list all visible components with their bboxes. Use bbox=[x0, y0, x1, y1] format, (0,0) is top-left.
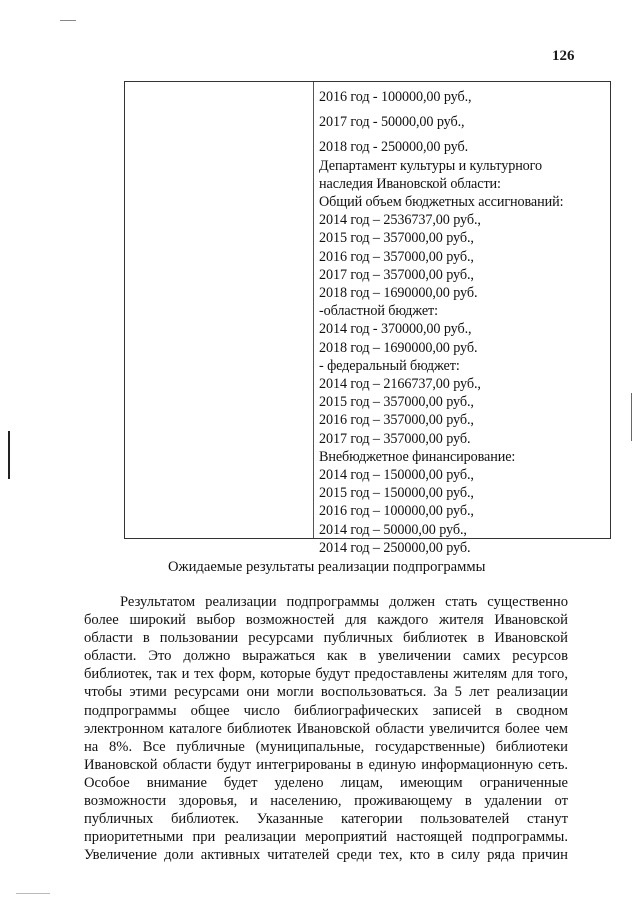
funding-details-cell: 2016 год - 100000,00 руб., 2017 год - 50… bbox=[319, 88, 606, 557]
total-budget-label: Общий объем бюджетных ассигнований: bbox=[319, 193, 606, 211]
funding-line: 2017 год – 357000,00 руб., bbox=[319, 266, 606, 284]
funding-line: 2017 год – 357000,00 руб. bbox=[319, 430, 606, 448]
funding-line: 2016 год – 357000,00 руб., bbox=[319, 248, 606, 266]
federal-budget-label: - федеральный бюджет: bbox=[319, 357, 606, 375]
funding-line: 2014 год – 2536737,00 руб., bbox=[319, 211, 606, 229]
funding-line: 2016 год – 357000,00 руб., bbox=[319, 411, 606, 429]
page-number: 126 bbox=[552, 48, 575, 65]
department-heading: Департамент культуры и культурного bbox=[319, 157, 606, 175]
paragraph-line: возможности здоровья, и населению, прожи… bbox=[84, 792, 568, 810]
paragraph-line: библиотек, так и тех форм, которые будут… bbox=[84, 665, 568, 683]
funding-line: 2014 год – 2166737,00 руб., bbox=[319, 375, 606, 393]
scan-artifact-left-margin bbox=[8, 431, 10, 479]
paragraph-line: Особое внимание будет уделено лицам, име… bbox=[84, 774, 568, 792]
paragraph-line: чтобы этими ресурсами они могли воспольз… bbox=[84, 683, 568, 701]
funding-line: 2014 год - 370000,00 руб., bbox=[319, 320, 606, 338]
funding-line: 2014 год – 250000,00 руб. bbox=[319, 539, 606, 557]
scan-artifact-top-left bbox=[60, 20, 76, 21]
paragraph-line: публичных библиотек. Указанные категории… bbox=[84, 810, 568, 828]
paragraph-line: подпрограммы общее число библиографическ… bbox=[84, 702, 568, 720]
funding-line: 2014 год – 150000,00 руб., bbox=[319, 466, 606, 484]
paragraph-line: Результатом реализации подпрограммы долж… bbox=[84, 593, 568, 611]
paragraph-line: области в пользовании ресурсами публичны… bbox=[84, 629, 568, 647]
funding-line: 2014 год – 50000,00 руб., bbox=[319, 521, 606, 539]
scan-artifact-right-margin bbox=[631, 393, 632, 441]
funding-line: 2018 год – 1690000,00 руб. bbox=[319, 284, 606, 302]
paragraph-line: приоритетными при реализации мероприятий… bbox=[84, 828, 568, 846]
funding-line: 2015 год – 357000,00 руб., bbox=[319, 229, 606, 247]
funding-line: 2016 год – 100000,00 руб., bbox=[319, 502, 606, 520]
paragraph-line: Увеличение доли активных читателей среди… bbox=[84, 846, 568, 864]
paragraph-line: Ивановской области будут интегрированы в… bbox=[84, 756, 568, 774]
funding-table: 2016 год - 100000,00 руб., 2017 год - 50… bbox=[124, 81, 611, 539]
section-heading: Ожидаемые результаты реализации подпрогр… bbox=[168, 559, 485, 576]
paragraph-line: на 8%. Все публичные (муниципальные, гос… bbox=[84, 738, 568, 756]
scan-artifact-bottom-left bbox=[16, 893, 50, 894]
paragraph-line: области. Это должно выражаться как в уве… bbox=[84, 647, 568, 665]
results-paragraph: Результатом реализации подпрограммы долж… bbox=[84, 593, 568, 864]
funding-line: 2016 год - 100000,00 руб., bbox=[319, 88, 606, 106]
funding-line: 2015 год – 357000,00 руб., bbox=[319, 393, 606, 411]
regional-budget-label: -областной бюджет: bbox=[319, 302, 606, 320]
paragraph-line: электронном каталоге библиотек Ивановско… bbox=[84, 720, 568, 738]
department-heading: наследия Ивановской области: bbox=[319, 175, 606, 193]
paragraph-line: более широкий выбор возможностей для каж… bbox=[84, 611, 568, 629]
funding-line: 2018 год – 1690000,00 руб. bbox=[319, 339, 606, 357]
funding-line: 2015 год – 150000,00 руб., bbox=[319, 484, 606, 502]
table-column-divider bbox=[313, 82, 314, 538]
extrabudgetary-label: Внебюджетное финансирование: bbox=[319, 448, 606, 466]
funding-line: 2018 год - 250000,00 руб. bbox=[319, 138, 606, 156]
funding-line: 2017 год - 50000,00 руб., bbox=[319, 113, 606, 131]
